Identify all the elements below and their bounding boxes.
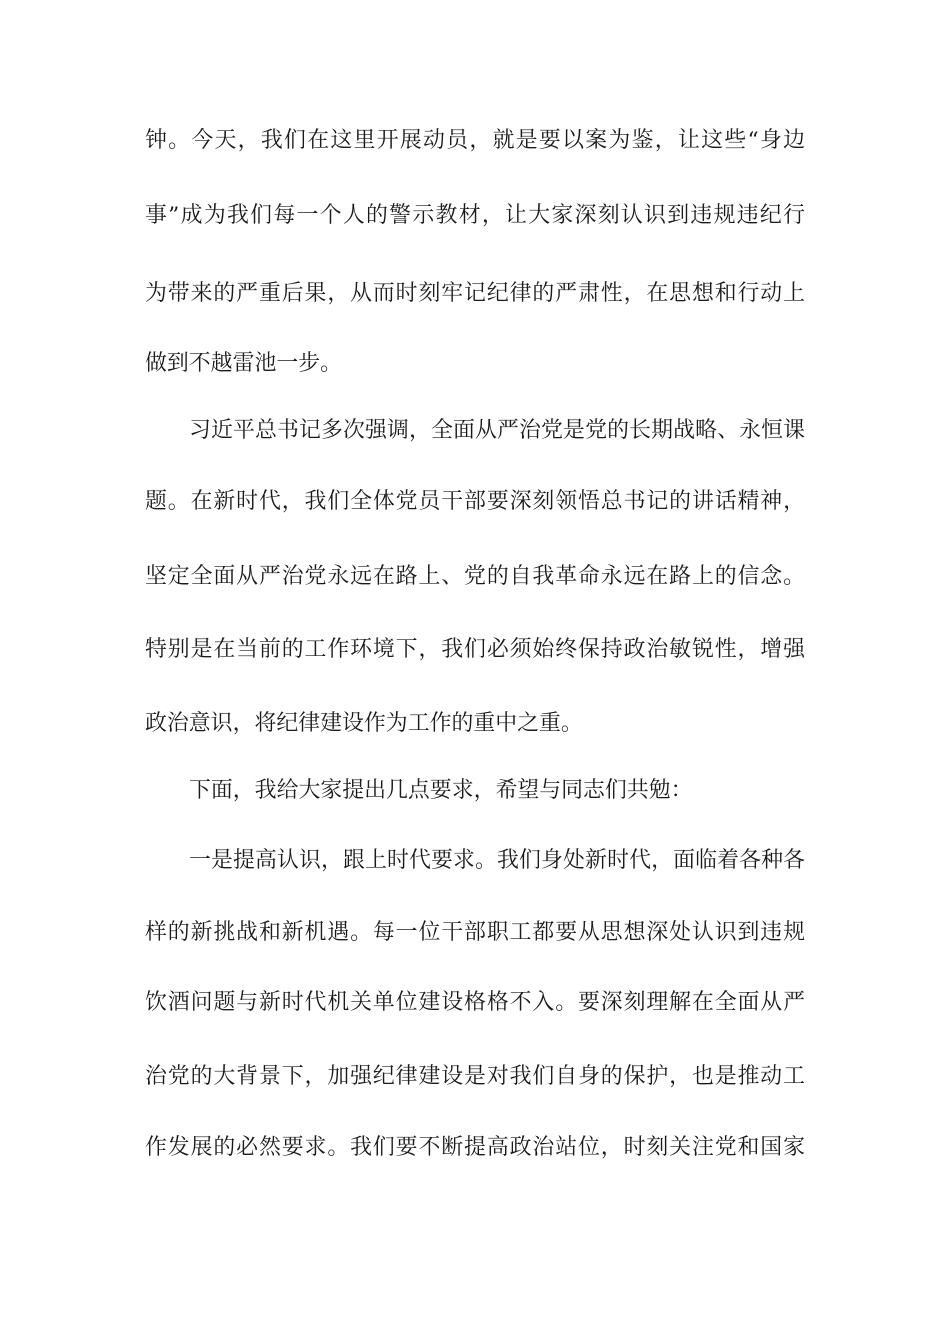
paragraph-1-line-1: 钟。今天，我们在这里开展动员，就是要以案为鉴，让这些“身边	[145, 127, 805, 155]
paragraph-4-line-3: 饮酒问题与新时代机关单位建设格格不入。要深刻理解在全面从严	[145, 989, 805, 1017]
document-page: 钟。今天，我们在这里开展动员，就是要以案为鉴，让这些“身边 事”成为我们每一个人…	[0, 0, 950, 1344]
paragraph-2-line-4: 特别是在当前的工作环境下，我们必须始终保持政治敏锐性，增强	[145, 636, 805, 664]
paragraph-4-line-4: 治党的大背景下，加强纪律建设是对我们自身的保护，也是推动工	[145, 1063, 805, 1091]
paragraph-2-line-2: 题。在新时代，我们全体党员干部要深刻领悟总书记的讲话精神，	[145, 488, 805, 516]
paragraph-1-line-4: 做到不越雷池一步。	[145, 350, 805, 378]
paragraph-4-line-2: 样的新挑战和新机遇。每一位干部职工都要从思想深处认识到违规	[145, 919, 805, 947]
paragraph-4-line-5: 作发展的必然要求。我们要不断提高政治站位，时刻关注党和国家	[145, 1134, 805, 1162]
paragraph-2-line-5: 政治意识，将纪律建设作为工作的重中之重。	[145, 710, 805, 738]
paragraph-2-line-3: 坚定全面从严治党永远在路上、党的自我革命永远在路上的信念。	[145, 563, 805, 591]
paragraph-4-line-1: 一是提高认识，跟上时代要求。我们身处新时代，面临着各种各	[189, 847, 805, 875]
paragraph-1-line-3: 为带来的严重后果，从而时刻牢记纪律的严肃性，在思想和行动上	[145, 280, 805, 308]
paragraph-1-line-2: 事”成为我们每一个人的警示教材，让大家深刻认识到违规违纪行	[145, 202, 805, 230]
paragraph-2-line-1: 习近平总书记多次强调，全面从严治党是党的长期战略、永恒课	[189, 417, 805, 445]
paragraph-3-line-1: 下面，我给大家提出几点要求，希望与同志们共勉：	[189, 777, 805, 805]
